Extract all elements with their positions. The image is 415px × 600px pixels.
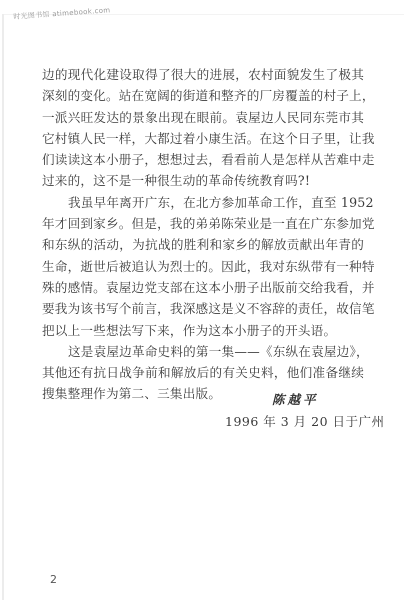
text-line: 这是袁屋边革命史料的第一集——《东纵在袁屋边》， (42, 341, 364, 362)
text-line: 它村镇人民一样，大都过着小康生活。在这个日子里，让我 (42, 128, 364, 149)
text-line: 深刻的变化。站在宽阔的街道和整齐的厂房覆盖的村子上， (42, 85, 364, 106)
date-line: 1996 年 3 月 20 日于广州 (225, 412, 385, 430)
text-line: 殊的感情。袁屋边党支部在这本小册子出版前交给我看，并 (42, 277, 364, 298)
text-line: 我虽早年离开广东，在北方参加革命工作，直至 1952 (42, 192, 364, 213)
text-line: 和东纵的活动，为抗战的胜利和家乡的解放贡献出年青的 (42, 234, 364, 255)
text-line: 生命，逝世后被追认为烈士的。因此，我对东纵带有一种特 (42, 256, 364, 277)
text-line: 年才回到家乡。但是，我的弟弟陈荣业是一直在广东参加党 (42, 213, 364, 234)
page-left-edge (2, 14, 4, 600)
text-line: 要我为该书写个前言，我深感这是义不容辞的责任，故信笔 (42, 298, 364, 319)
watermark: 时光图书馆 atimebook.com (13, 5, 111, 22)
text-line: 们读读这本小册子，想想过去，看看前人是怎样从苦难中走 (42, 149, 364, 170)
text-line: 把以上一些想法写下来，作为这本小册子的开头语。 (42, 320, 364, 341)
author-signature: 陈越平 (272, 390, 319, 408)
body-text: 边的现代化建设取得了很大的进展，农村面貌发生了极其 深刻的变化。站在宽阔的街道和… (42, 64, 364, 405)
text-line: 边的现代化建设取得了很大的进展，农村面貌发生了极其 (42, 64, 364, 85)
text-line: 其他还有抗日战争前和解放后的有关史料，他们准备继续 (42, 362, 364, 383)
text-line: 一派兴旺发达的景象出现在眼前。袁屋边人民同东莞市其 (42, 107, 364, 128)
text-line: 过来的，这不是一种很生动的革命传统教育吗?! (42, 170, 364, 191)
page-number: 2 (50, 573, 57, 586)
